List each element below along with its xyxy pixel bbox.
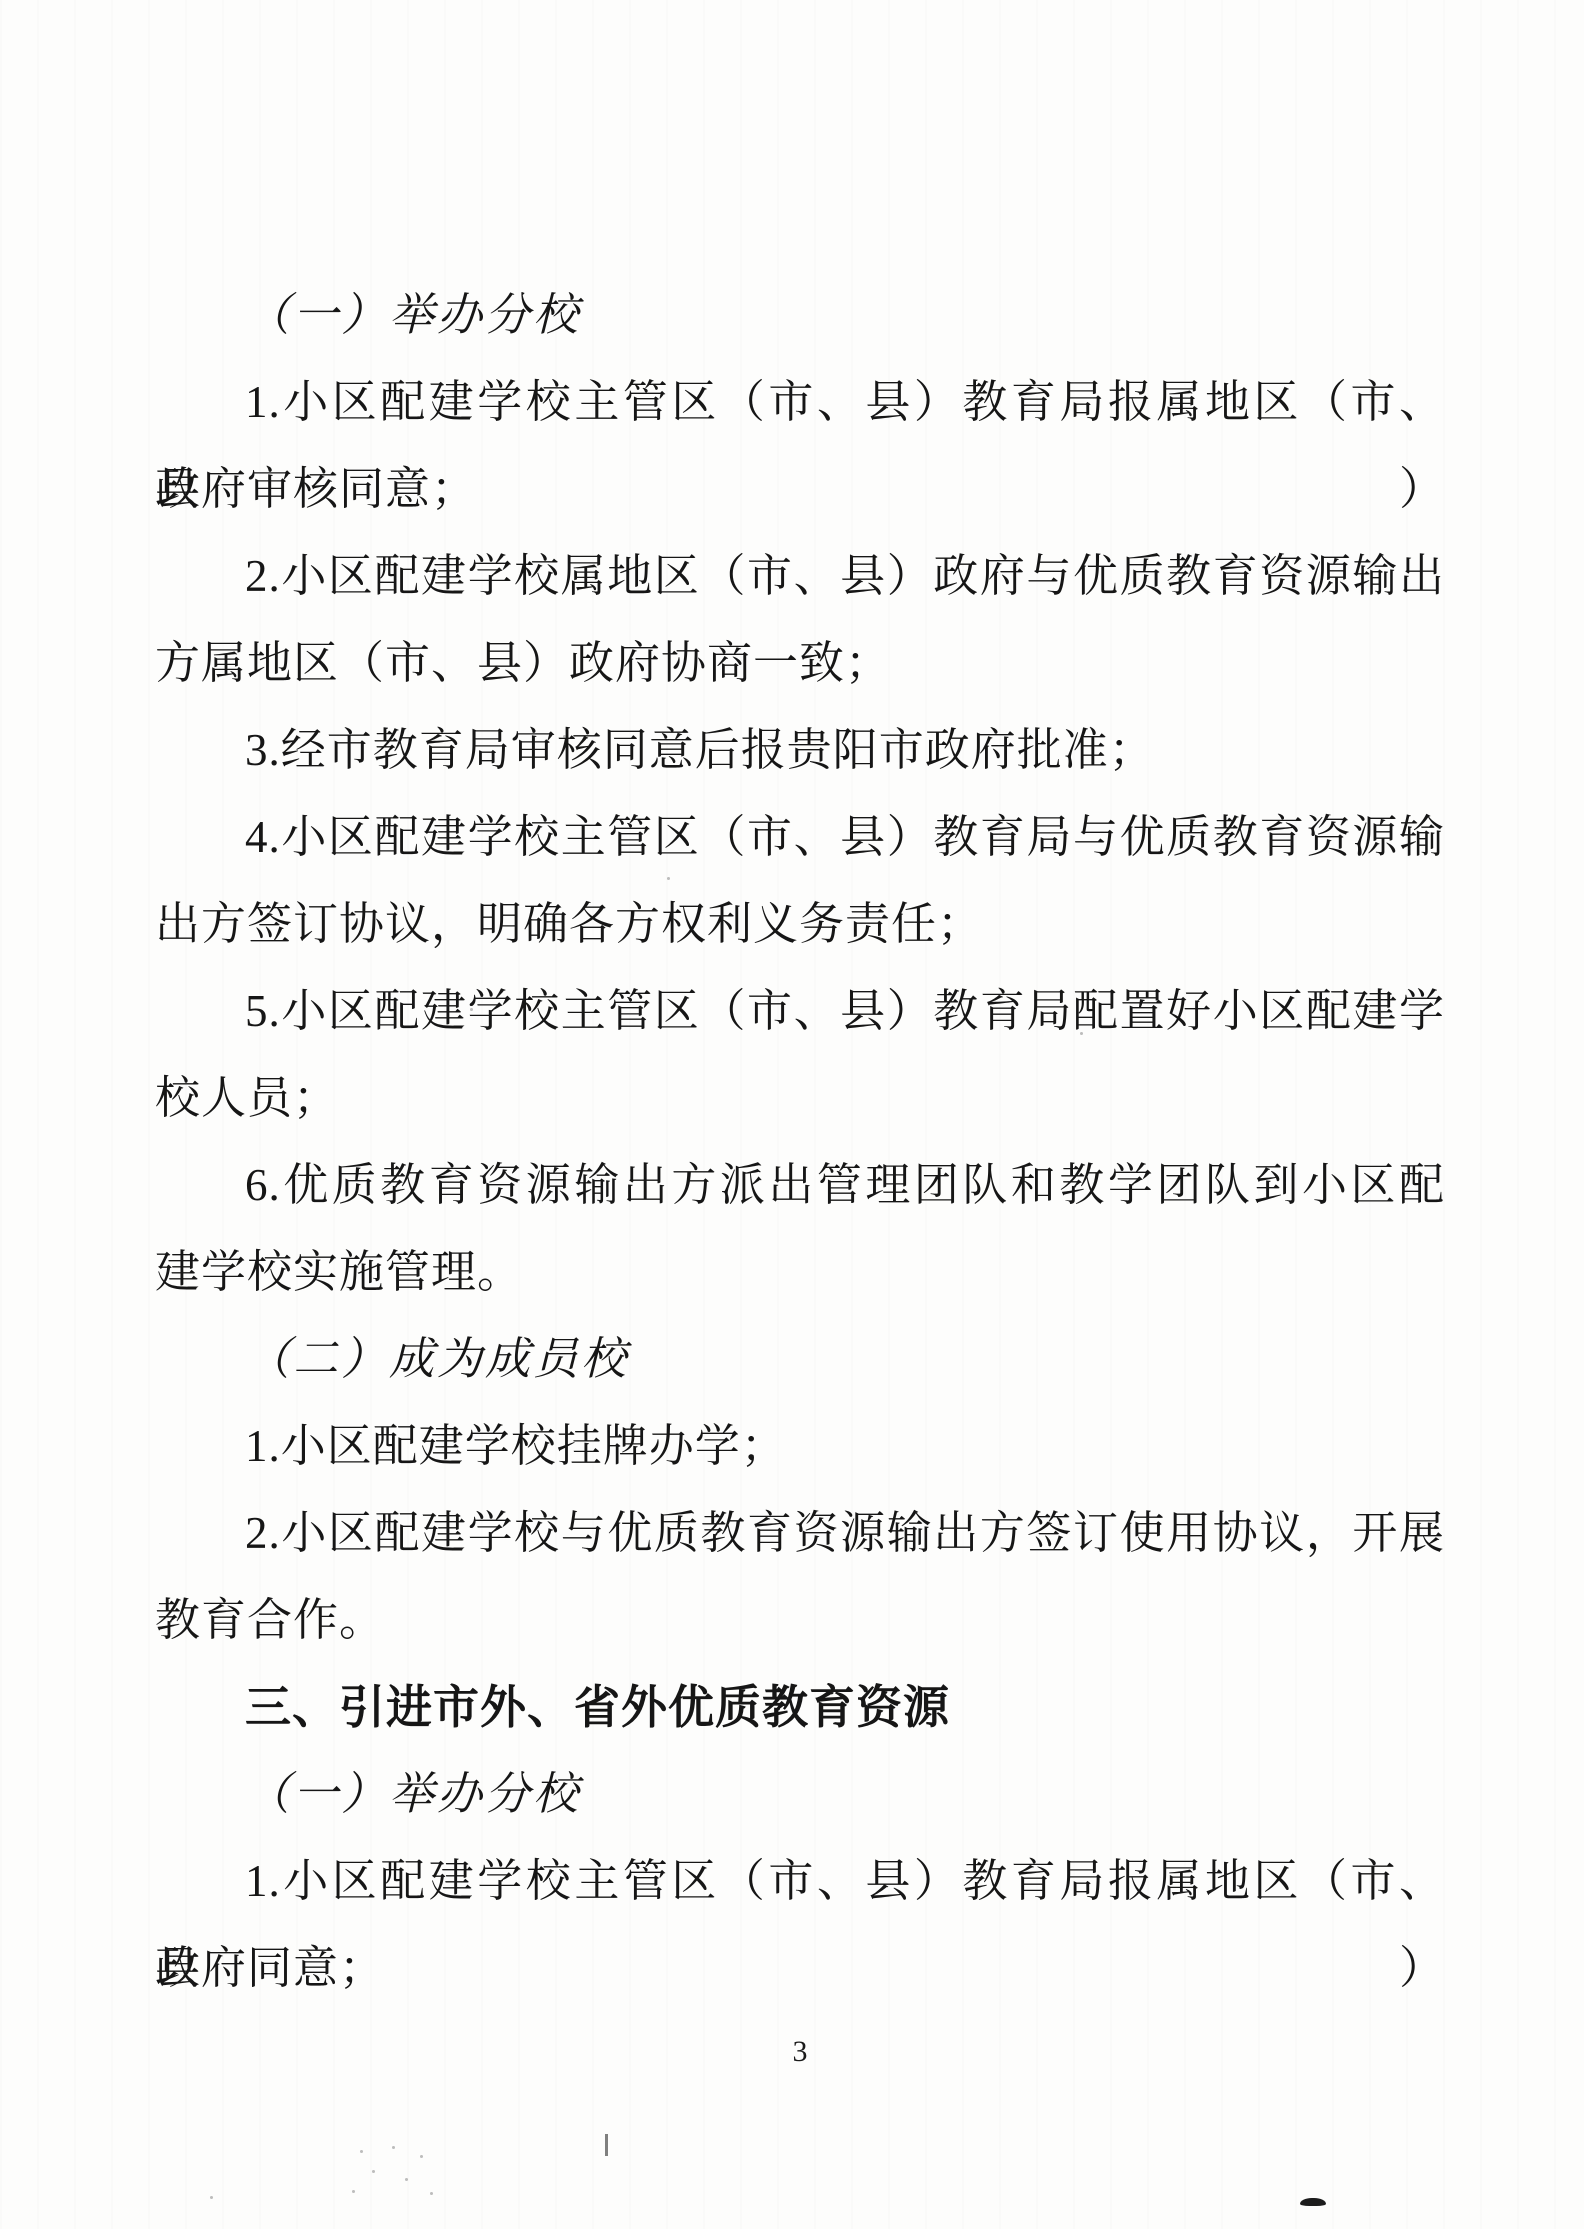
body-line: 方属地区（市、县）政府协商一致； [155, 620, 1445, 707]
scan-speck [352, 2190, 355, 2193]
body-line: 出方签订协议，明确各方权利义务责任； [155, 881, 1445, 968]
scan-speck [405, 2178, 408, 2181]
page-number: 3 [155, 2022, 1445, 2082]
kai-subheading: （二）成为成员校 [155, 1316, 1445, 1403]
scan-speck [210, 2196, 213, 2199]
body-line: 校人员； [155, 1055, 1445, 1142]
kai-subheading: （一）举办分校 [155, 1751, 1445, 1838]
body-line: 3.经市教育局审核同意后报贵阳市政府批准； [155, 707, 1445, 794]
body-line: 6.优质教育资源输出方派出管理团队和教学团队到小区配 [155, 1142, 1445, 1229]
kai-subheading: （一）举办分校 [155, 272, 1445, 359]
body-line: 2.小区配建学校属地区（市、县）政府与优质教育资源输出 [155, 533, 1445, 620]
scan-speck [1080, 1032, 1083, 1035]
scan-tick-mark [605, 2134, 608, 2156]
scan-smudge [1300, 2198, 1326, 2206]
scan-speck [470, 1008, 473, 1011]
scan-speck [392, 2146, 395, 2149]
body-line: 1.小区配建学校主管区（市、县）教育局报属地区（市、县） [155, 359, 1445, 446]
scan-speck [372, 2170, 375, 2173]
body-line: 1.小区配建学校主管区（市、县）教育局报属地区（市、县） [155, 1838, 1445, 1925]
body-line: 1.小区配建学校挂牌办学； [155, 1403, 1445, 1490]
scan-speck [360, 2150, 363, 2153]
body-line: 5.小区配建学校主管区（市、县）教育局配置好小区配建学 [155, 968, 1445, 1055]
scan-speck [667, 877, 670, 880]
document-text-block: （一）举办分校 1.小区配建学校主管区（市、县）教育局报属地区（市、县） 政府审… [155, 272, 1445, 2012]
body-line: 4.小区配建学校主管区（市、县）教育局与优质教育资源输 [155, 794, 1445, 881]
scan-speck [430, 2192, 433, 2195]
section-heading: 三、引进市外、省外优质教育资源 [155, 1664, 1445, 1751]
document-page: （一）举办分校 1.小区配建学校主管区（市、县）教育局报属地区（市、县） 政府审… [0, 0, 1584, 2229]
scan-speck [420, 2155, 423, 2158]
body-line: 教育合作。 [155, 1577, 1445, 1664]
scan-speck [563, 735, 566, 738]
body-line: 建学校实施管理。 [155, 1229, 1445, 1316]
body-line: 2.小区配建学校与优质教育资源输出方签订使用协议，开展 [155, 1490, 1445, 1577]
